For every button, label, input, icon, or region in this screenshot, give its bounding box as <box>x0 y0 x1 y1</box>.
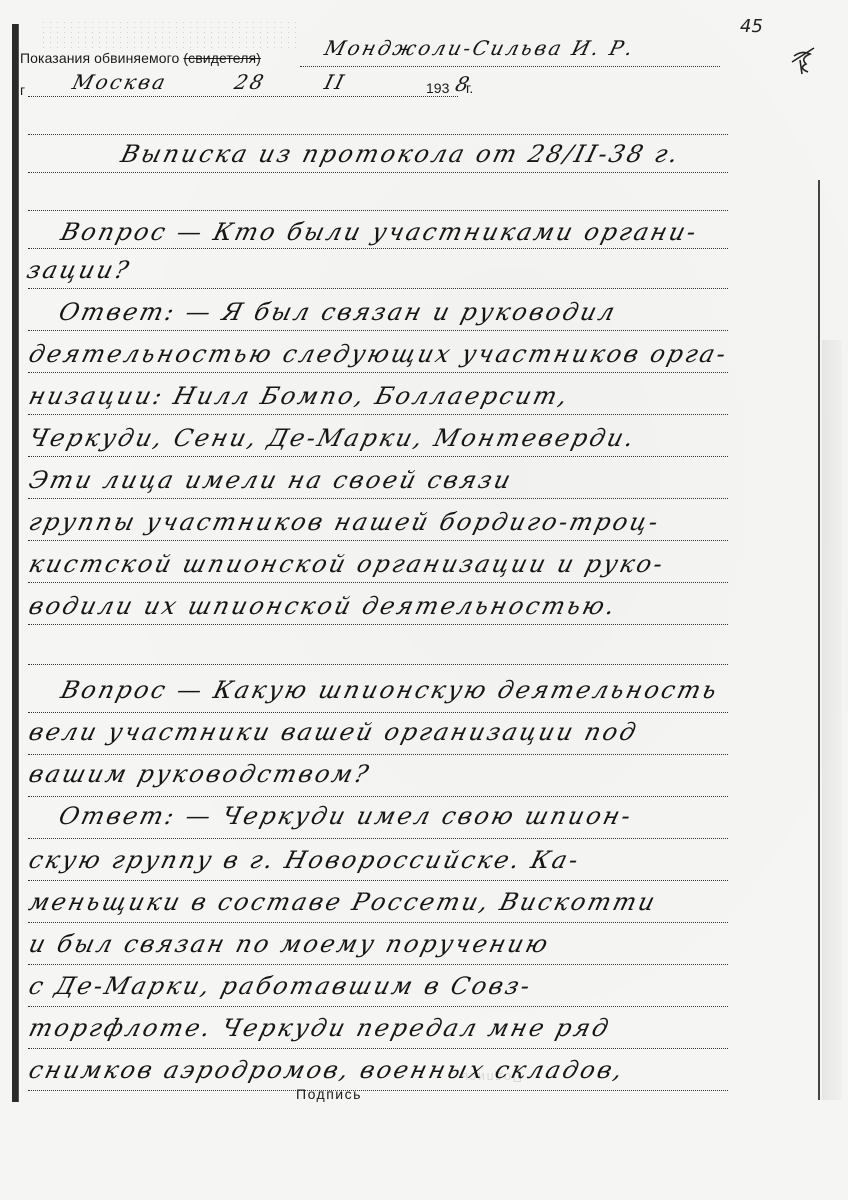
rule-line <box>28 1006 728 1007</box>
answer-2-line-1: Ответ: — Черкуди имел свою шпион- <box>56 802 636 830</box>
answer-2-line-2: скую группу в г. Новороссийске. Ка- <box>26 846 583 874</box>
document-page: 45 Показания обвиняемого (свидетеля) Мон… <box>0 0 848 1200</box>
year-printed: 193 <box>426 80 449 96</box>
rule-line <box>28 330 728 331</box>
scan-noise <box>40 20 300 50</box>
answer-2-line-4: и был связан по моему поручению <box>26 930 553 958</box>
rule-line <box>28 134 728 135</box>
answer-1-line-8: водили их шпионской деятельностью. <box>26 592 620 620</box>
rule-line <box>28 582 728 583</box>
right-border-line <box>818 180 820 1100</box>
rule-line <box>28 754 728 755</box>
answer-2-line-7: снимков аэродромов, военных складов, <box>26 1056 628 1084</box>
question-2-line-1: Вопрос — Какую шпионскую деятельность <box>58 676 722 704</box>
rule-line <box>28 796 728 797</box>
rule-line <box>28 372 728 373</box>
day: 28 <box>232 70 268 94</box>
answer-1-line-6: группы участников нашей бордиго-троц- <box>26 508 663 536</box>
rule-line <box>28 1090 728 1091</box>
rule-line <box>28 880 728 881</box>
header-prefix: Показания обвиняемого <box>20 50 179 66</box>
answer-1-line-4: Черкуди, Сени, Де-Марки, Монтеверди. <box>26 424 639 452</box>
accused-name: Монджоли-Сильва И. Р. <box>322 36 638 60</box>
place-prefix-mark: г <box>20 82 25 98</box>
year-suffix: г. <box>466 80 473 96</box>
rule-line <box>28 248 728 249</box>
rule-line <box>28 288 728 289</box>
bleed-through-signature-label: Подпись <box>460 1070 522 1085</box>
form-header-label: Показания обвиняемого (свидетеля) <box>20 50 261 66</box>
rule-line <box>28 210 728 211</box>
city: Москва <box>70 70 170 94</box>
rule-line <box>28 540 728 541</box>
rule-line <box>28 1048 728 1049</box>
rule-line <box>28 624 728 625</box>
question-1-line-2: зации? <box>24 256 134 284</box>
answer-2-line-6: торгфлоте. Черкуди передал мне ряд <box>26 1014 614 1042</box>
answer-1-line-7: кистской шпионской организации и руко- <box>26 550 668 578</box>
rule-line <box>28 664 728 665</box>
rule-line <box>28 964 728 965</box>
left-margin-line <box>18 24 19 1102</box>
rule-line <box>28 712 728 713</box>
page-number: 45 <box>740 16 763 37</box>
signature-label: Подпись <box>296 1086 362 1102</box>
rule-line <box>28 414 728 415</box>
answer-1-line-1: Ответ: — Я был связан и руководил <box>56 298 620 326</box>
question-1-line-1: Вопрос — Кто были участниками органи- <box>58 218 701 246</box>
rule-line <box>28 838 728 839</box>
header-name-rule <box>300 66 720 67</box>
scan-edge-shadow <box>822 340 842 1100</box>
answer-2-line-3: меньщики в составе Россети, Вискотти <box>26 888 660 916</box>
answer-1-line-2: деятельностью следующих участников орга- <box>26 340 731 368</box>
answer-2-line-5: с Де-Марки, работавшим в Совз- <box>26 972 535 1000</box>
rule-line <box>28 456 728 457</box>
question-2-line-2: вели участники вашей организации под <box>26 718 641 746</box>
archive-mark-icon <box>788 40 818 78</box>
rule-line <box>28 498 728 499</box>
answer-1-line-3: низации: Нилл Бомпо, Боллаерсит, <box>26 382 573 410</box>
rule-line <box>28 922 728 923</box>
place-date-rule <box>28 96 458 97</box>
question-2-line-3: вашим руководством? <box>26 760 374 788</box>
month: II <box>322 70 349 94</box>
heading-extract: Выписка из протокола от 28/II-38 г. <box>118 140 683 168</box>
rule-line <box>28 172 728 173</box>
answer-1-line-5: Эти лица имели на своей связи <box>26 466 516 494</box>
header-struck-witness: (свидетеля) <box>183 50 261 66</box>
